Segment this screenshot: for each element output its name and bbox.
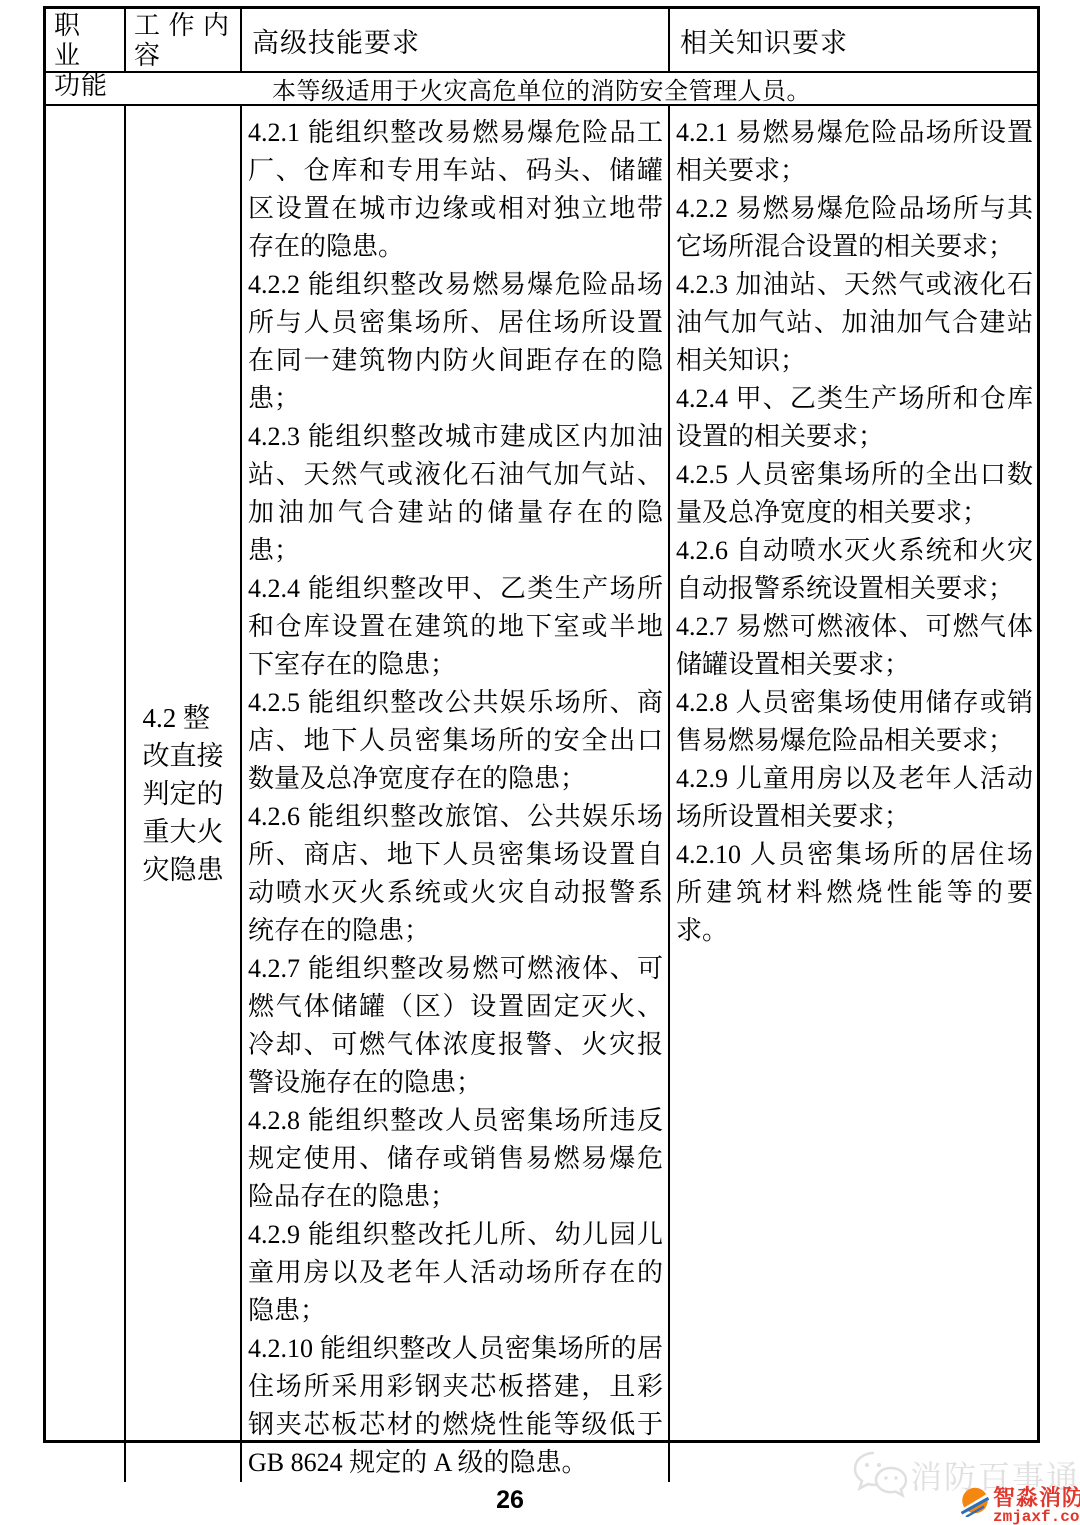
knowledge-item: 4.2.10 人员密集场所的居住场所建筑材料燃烧性能等的要求。	[676, 836, 1033, 950]
knowledge-requirements-cell: 4.2.1 易燃易爆危险品场所设置相关要求； 4.2.2 易燃易爆危险品场所与其…	[670, 106, 1037, 1482]
page-number: 26	[480, 1486, 540, 1515]
skill-item: 4.2.1 能组织整改易燃易爆危险品工厂、仓库和专用车站、码头、储罐区设置在城市…	[248, 114, 663, 266]
skill-item: 4.2.2 能组织整改易燃易爆危险品场所与人员密集场所、居住场所设置在同一建筑物…	[248, 266, 663, 418]
work-content-cell: 4.2 整 改直接 判定的 重大火 灾隐患	[126, 106, 242, 1482]
knowledge-item: 4.2.1 易燃易爆危险品场所设置相关要求；	[676, 114, 1033, 190]
logo-brand-name: 智淼消防	[993, 1487, 1080, 1509]
skill-requirements-cell: 4.2.1 能组织整改易燃易爆危险品工厂、仓库和专用车站、码头、储罐区设置在城市…	[242, 106, 670, 1482]
skill-item: 4.2.5 能组织整改公共娱乐场所、商店、地下人员密集场所的安全出口数量及总净宽…	[248, 684, 663, 798]
document-page: 职 业 功能 工 作 内 容 高级技能要求 相关知识要求 本等级适用于火灾高危单…	[0, 0, 1080, 1525]
brand-text-block: 智淼消防 zmjaxf.com	[993, 1487, 1080, 1525]
knowledge-item: 4.2.7 易燃可燃液体、可燃气体储罐设置相关要求；	[676, 608, 1033, 684]
skill-item: 4.2.7 能组织整改易燃可燃液体、可燃气体储罐（区）设置固定灭火、冷却、可燃气…	[248, 950, 663, 1102]
header-professional-function: 职 业 功能	[46, 9, 126, 73]
scope-note: 本等级适用于火灾高危单位的消防安全管理人员。	[46, 73, 1037, 106]
work-content-text: 4.2 整 改直接 判定的 重大火 灾隐患	[143, 699, 224, 889]
skill-item: 4.2.10 能组织整改人员密集场所的居住场所采用彩钢夹芯板搭建，且彩钢夹芯板芯…	[248, 1330, 663, 1482]
knowledge-item: 4.2.5 人员密集场所的全出口数量及总净宽度的相关要求；	[676, 456, 1033, 532]
knowledge-item: 4.2.6 自动喷水灭火系统和火灾自动报警系统设置相关要求；	[676, 532, 1033, 608]
professional-function-cell	[46, 106, 126, 1482]
logo-domain: zmjaxf.com	[993, 1509, 1080, 1525]
knowledge-item: 4.2.4 甲、乙类生产场所和仓库设置的相关要求；	[676, 380, 1033, 456]
skill-item: 4.2.4 能组织整改甲、乙类生产场所和仓库设置在建筑的地下室或半地下室存在的隐…	[248, 570, 663, 684]
knowledge-item: 4.2.9 儿童用房以及老年人活动场所设置相关要求；	[676, 760, 1033, 836]
header-advanced-skill-requirements: 高级技能要求	[242, 9, 670, 73]
wechat-icon	[852, 1450, 910, 1500]
header-related-knowledge-requirements: 相关知识要求	[670, 9, 1037, 73]
skill-item: 4.2.9 能组织整改托儿所、幼儿园儿童用房以及老年人活动场所存在的隐患；	[248, 1216, 663, 1330]
skill-item: 4.2.6 能组织整改旅馆、公共娱乐场所、商店、地下人员密集场设置自动喷水灭火系…	[248, 798, 663, 950]
knowledge-item: 4.2.2 易燃易爆危险品场所与其它场所混合设置的相关要求；	[676, 190, 1033, 266]
skill-item: 4.2.3 能组织整改城市建成区内加油站、天然气或液化石油气加气站、加油加气合建…	[248, 418, 663, 570]
skill-item: 4.2.8 能组织整改人员密集场所违反规定使用、储存或销售易燃易爆危险品存在的隐…	[248, 1102, 663, 1216]
knowledge-item: 4.2.8 人员密集场使用储存或销售易燃易爆危险品相关要求；	[676, 684, 1033, 760]
knowledge-item: 4.2.3 加油站、天然气或液化石油气加气站、加油加气合建站相关知识；	[676, 266, 1033, 380]
zhimiao-logo: 智淼消防 zmjaxf.com	[960, 1487, 1080, 1525]
zhimiao-logo-icon	[960, 1487, 990, 1517]
header-work-content: 工 作 内 容	[126, 9, 242, 73]
skills-requirements-table: 职 业 功能 工 作 内 容 高级技能要求 相关知识要求 本等级适用于火灾高危单…	[43, 6, 1040, 1443]
